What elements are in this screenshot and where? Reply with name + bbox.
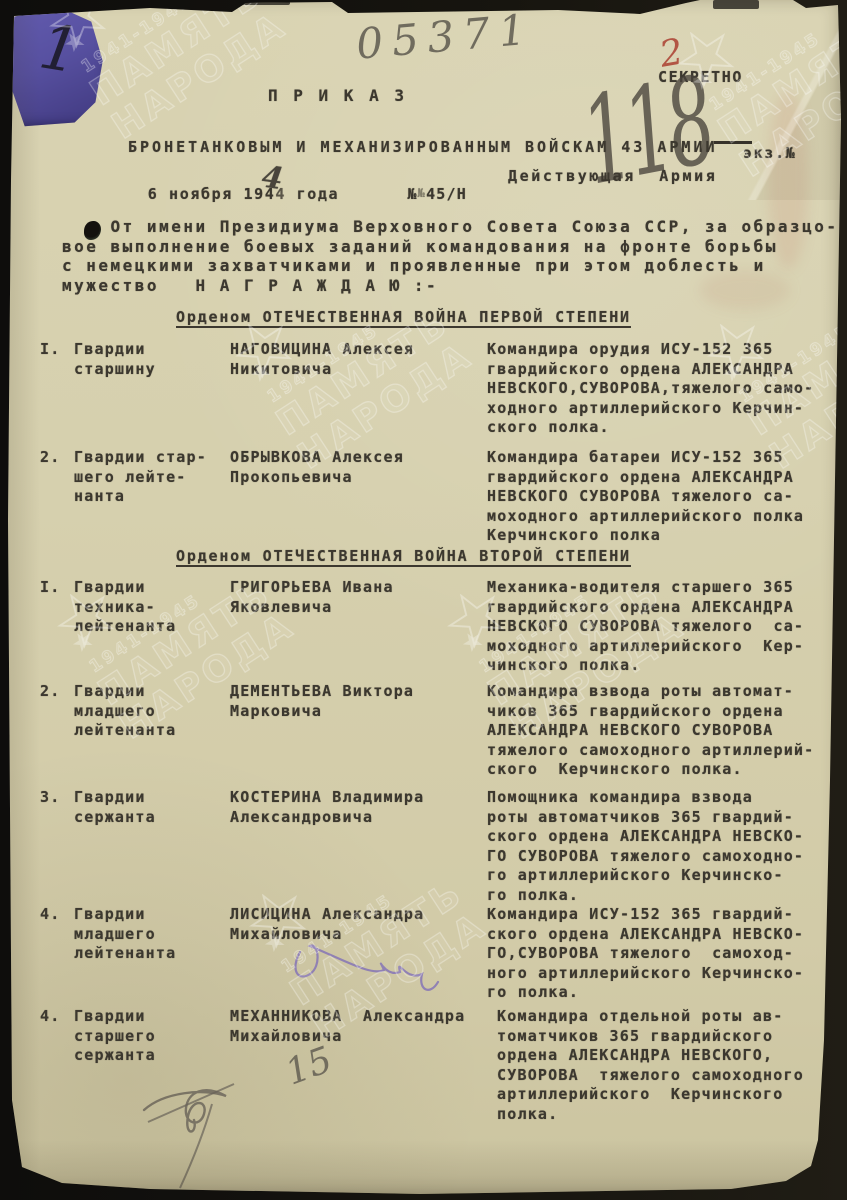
entry-name: ДЕМЕНТЬЕВА ВиктораМарковича	[230, 682, 414, 721]
text-line: СУВОРОВА тяжелого самоходного	[497, 1066, 804, 1086]
text-line: чиков 365 гвардийского ордена	[487, 702, 814, 722]
handwritten-corner-mark: 1	[35, 9, 85, 87]
text-line: Помощника командира взвода	[487, 788, 804, 808]
copy-underline	[714, 141, 752, 144]
text-line: Механика-водителя старшего 365	[487, 578, 804, 598]
preamble-line: мужество Н А Г Р А Ж Д А Ю :-	[62, 276, 839, 296]
section-heading-first-class: Орденом ОТЕЧЕСТВЕННАЯ ВОЙНА ПЕРВОЙ СТЕПЕ…	[176, 308, 631, 326]
entry-description: Командира взвода роты автомат-чиков 365 …	[487, 682, 814, 780]
entry-rank: Гвардиисержанта	[74, 788, 156, 827]
text-line: сержанта	[74, 808, 156, 828]
award-entry: 2. Гвардиимладшеголейтенанта ДЕМЕНТЬЕВА …	[0, 682, 847, 799]
text-line: ГРИГОРЬЕВА Ивана	[230, 578, 394, 598]
text-line: младшего	[74, 702, 176, 722]
text-line: Гвардии	[74, 682, 176, 702]
text-line: Гвардии	[74, 578, 176, 598]
watermark-word: ПАМЯТЬ	[84, 0, 273, 114]
scan-artifact	[584, 0, 606, 6]
text-line: лейтенанта	[74, 721, 176, 741]
entry-name: МЕХАННИКОВА АлександраМихайловича	[230, 1007, 465, 1046]
scan-artifact	[232, 0, 290, 5]
text-line: Командира орудия ИСУ-152 365	[487, 340, 814, 360]
award-entry: I. Гвардиитехника-лейтенанта ГРИГОРЬЕВА …	[0, 578, 847, 695]
text-line: моходного артиллерийского полка	[487, 507, 804, 527]
award-entry: 2. Гвардии стар-шего лейте-нанта ОБРЫВКО…	[0, 448, 847, 565]
text-line: роты автоматчиков 365 гвардий-	[487, 808, 804, 828]
watermark-word: НАРОДА	[106, 6, 295, 148]
scan-artifact	[405, 0, 535, 4]
entry-description: Командира батареи ИСУ-152 365гвардийског…	[487, 448, 804, 546]
date-prefix: 6 ноября 194	[148, 185, 276, 203]
text-line: Командира батареи ИСУ-152 365	[487, 448, 804, 468]
text-line: НЕВСКОГО,СУВОРОВА,тяжелого само-	[487, 379, 814, 399]
number-ghost-sign: №	[418, 186, 426, 200]
text-line: тяжелого самоходного артиллерий-	[487, 741, 814, 761]
entry-number: 3.	[40, 788, 60, 808]
text-line: ГО,СУВОРОВА тяжелого самоход-	[487, 944, 804, 964]
entry-name: ОБРЫВКОВА АлексеяПрокопьевича	[230, 448, 404, 487]
entry-rank: Гвардиистаршегосержанта	[74, 1007, 156, 1066]
text-line: ского ордена АЛЕКСАНДРА НЕВСКО-	[487, 827, 804, 847]
date-suffix: года	[286, 185, 339, 203]
text-line: Марковича	[230, 702, 414, 722]
preamble-line: От имени Президиума Верховного Совета Со…	[62, 217, 839, 237]
text-line: гвардийского ордена АЛЕКСАНДРА	[487, 360, 814, 380]
text-line: старшину	[74, 360, 156, 380]
entry-rank: Гвардии стар-шего лейте-нанта	[74, 448, 207, 507]
text-line: чинского полка.	[487, 656, 804, 676]
entry-description: Механика-водителя старшего 365гвардийско…	[487, 578, 804, 676]
corner-binding: 1	[6, 4, 110, 130]
text-line: Командира отдельной роты ав-	[497, 1007, 804, 1027]
text-line: го полка.	[487, 983, 804, 1003]
text-line: гвардийского ордена АЛЕКСАНДРА	[487, 468, 804, 488]
text-line: ского ордена АЛЕКСАНДРА НЕВСКО-	[487, 925, 804, 945]
entry-description: Командира отдельной роты ав-томатчиков 3…	[497, 1007, 804, 1124]
text-line: МЕХАННИКОВА Александра	[230, 1007, 465, 1027]
text-line: Прокопьевича	[230, 468, 404, 488]
watermark-years: 1941-1945	[78, 0, 251, 77]
text-line: ского Керчинского полка.	[487, 760, 814, 780]
text-line: ходного артиллерийского Керчин-	[487, 399, 814, 419]
entry-number: 4.	[40, 1007, 60, 1027]
text-line: нанта	[74, 487, 207, 507]
text-line: АЛЕКСАНДРА НЕВСКОГО СУВОРОВА	[487, 721, 814, 741]
handwritten-violet-scribble	[288, 912, 463, 1002]
text-line: ордена АЛЕКСАНДРА НЕВСКОГО,	[497, 1046, 804, 1066]
text-line: старшего	[74, 1027, 156, 1047]
entry-number: I.	[40, 578, 60, 598]
order-title: П Р И К А З	[268, 86, 407, 105]
award-entry: I. Гвардиистаршину НАГОВИЦИНА АлексеяНик…	[0, 340, 847, 457]
text-line: лейтенанта	[74, 944, 176, 964]
number-value: 45/Н	[426, 185, 467, 203]
entry-number: 2.	[40, 448, 60, 468]
text-line: ДЕМЕНТЬЕВА Виктора	[230, 682, 414, 702]
text-line: Михайловича	[230, 1027, 465, 1047]
award-entry: 3. Гвардиисержанта КОСТЕРИНА ВладимираАл…	[0, 788, 847, 905]
text-line: го полка.	[487, 886, 804, 906]
text-line: младшего	[74, 925, 176, 945]
entry-number: 2.	[40, 682, 60, 702]
text-line: гвардийского ордена АЛЕКСАНДРА	[487, 598, 804, 618]
order-addressee: БРОНЕТАНКОВЫМ И МЕХАНИЗИРОВАННЫМ ВОЙСКАМ…	[128, 138, 718, 156]
number-sign: №	[407, 185, 417, 203]
text-line: лейтенанта	[74, 617, 176, 637]
text-line: Гвардии стар-	[74, 448, 207, 468]
text-line: техника-	[74, 598, 176, 618]
text-line: Никитовича	[230, 360, 414, 380]
text-line: Гвардии	[74, 788, 156, 808]
scan-background: 1 05371 СЕКРЕТНО экз.№ 2 118 П Р И К А З…	[0, 0, 847, 1200]
order-preamble: От имени Президиума Верховного Совета Со…	[62, 217, 839, 295]
entry-number: I.	[40, 340, 60, 360]
order-number: №№45/Н	[346, 167, 467, 221]
award-entry: 4. Гвардиистаршегосержанта МЕХАННИКОВА А…	[0, 1007, 847, 1124]
text-line: НЕВСКОГО СУВОРОВА тяжелого са-	[487, 487, 804, 507]
text-line: ного артиллерийского Керчинско-	[487, 964, 804, 984]
text-line: НЕВСКОГО СУВОРОВА тяжелого са-	[487, 617, 804, 637]
text-line: полка.	[497, 1105, 804, 1125]
handwritten-crossed-scribble	[134, 1062, 264, 1192]
text-line: моходного артиллерийского Кер-	[487, 637, 804, 657]
entry-rank: Гвардиимладшеголейтенанта	[74, 682, 176, 741]
preamble-line: вое выполнение боевых заданий командован…	[62, 237, 839, 257]
text-line: Командира взвода роты автомат-	[487, 682, 814, 702]
copy-label: экз.№	[743, 144, 796, 162]
entry-rank: Гвардиимладшеголейтенанта	[74, 905, 176, 964]
text-line: Яковлевича	[230, 598, 394, 618]
text-line: Гвардии	[74, 1007, 156, 1027]
text-line: ОБРЫВКОВА Алексея	[230, 448, 404, 468]
text-line: ского полка.	[487, 418, 814, 438]
preamble-line: с немецкими захватчиками и проявленные п…	[62, 256, 839, 276]
text-line: Гвардии	[74, 905, 176, 925]
text-line: Командира ИСУ-152 365 гвардий-	[487, 905, 804, 925]
text-line: томатчиков 365 гвардийского	[497, 1027, 804, 1047]
text-line: артиллерийского Керчинского	[497, 1085, 804, 1105]
text-line: Гвардии	[74, 340, 156, 360]
order-location: Действующая Армия	[508, 167, 717, 185]
handwritten-page-number: 118	[572, 52, 723, 213]
entry-name: ГРИГОРЬЕВА ИванаЯковлевича	[230, 578, 394, 617]
entry-description: Командира ИСУ-152 365 гвардий-ского орде…	[487, 905, 804, 1003]
entry-name: КОСТЕРИНА ВладимираАлександровича	[230, 788, 424, 827]
entry-rank: Гвардиитехника-лейтенанта	[74, 578, 176, 637]
document-page: 1 05371 СЕКРЕТНО экз.№ 2 118 П Р И К А З…	[0, 0, 847, 1200]
text-line: шего лейте-	[74, 468, 207, 488]
entry-number: 4.	[40, 905, 60, 925]
entry-description: Помощника командира взводароты автоматчи…	[487, 788, 804, 905]
entry-description: Командира орудия ИСУ-152 365гвардийского…	[487, 340, 814, 438]
text-line: НАГОВИЦИНА Алексея	[230, 340, 414, 360]
text-line: КОСТЕРИНА Владимира	[230, 788, 424, 808]
entry-rank: Гвардиистаршину	[74, 340, 156, 379]
text-line: Керчинского полка	[487, 526, 804, 546]
text-line: го артиллерийского Керчинско-	[487, 866, 804, 886]
text-line: ГО СУВОРОВА тяжелого самоходно-	[487, 847, 804, 867]
handwritten-year-digit: 4	[260, 160, 287, 198]
text-line: Александровича	[230, 808, 424, 828]
entry-name: НАГОВИЦИНА АлексеяНикитовича	[230, 340, 414, 379]
handwritten-archive-number: 05371	[354, 4, 536, 68]
